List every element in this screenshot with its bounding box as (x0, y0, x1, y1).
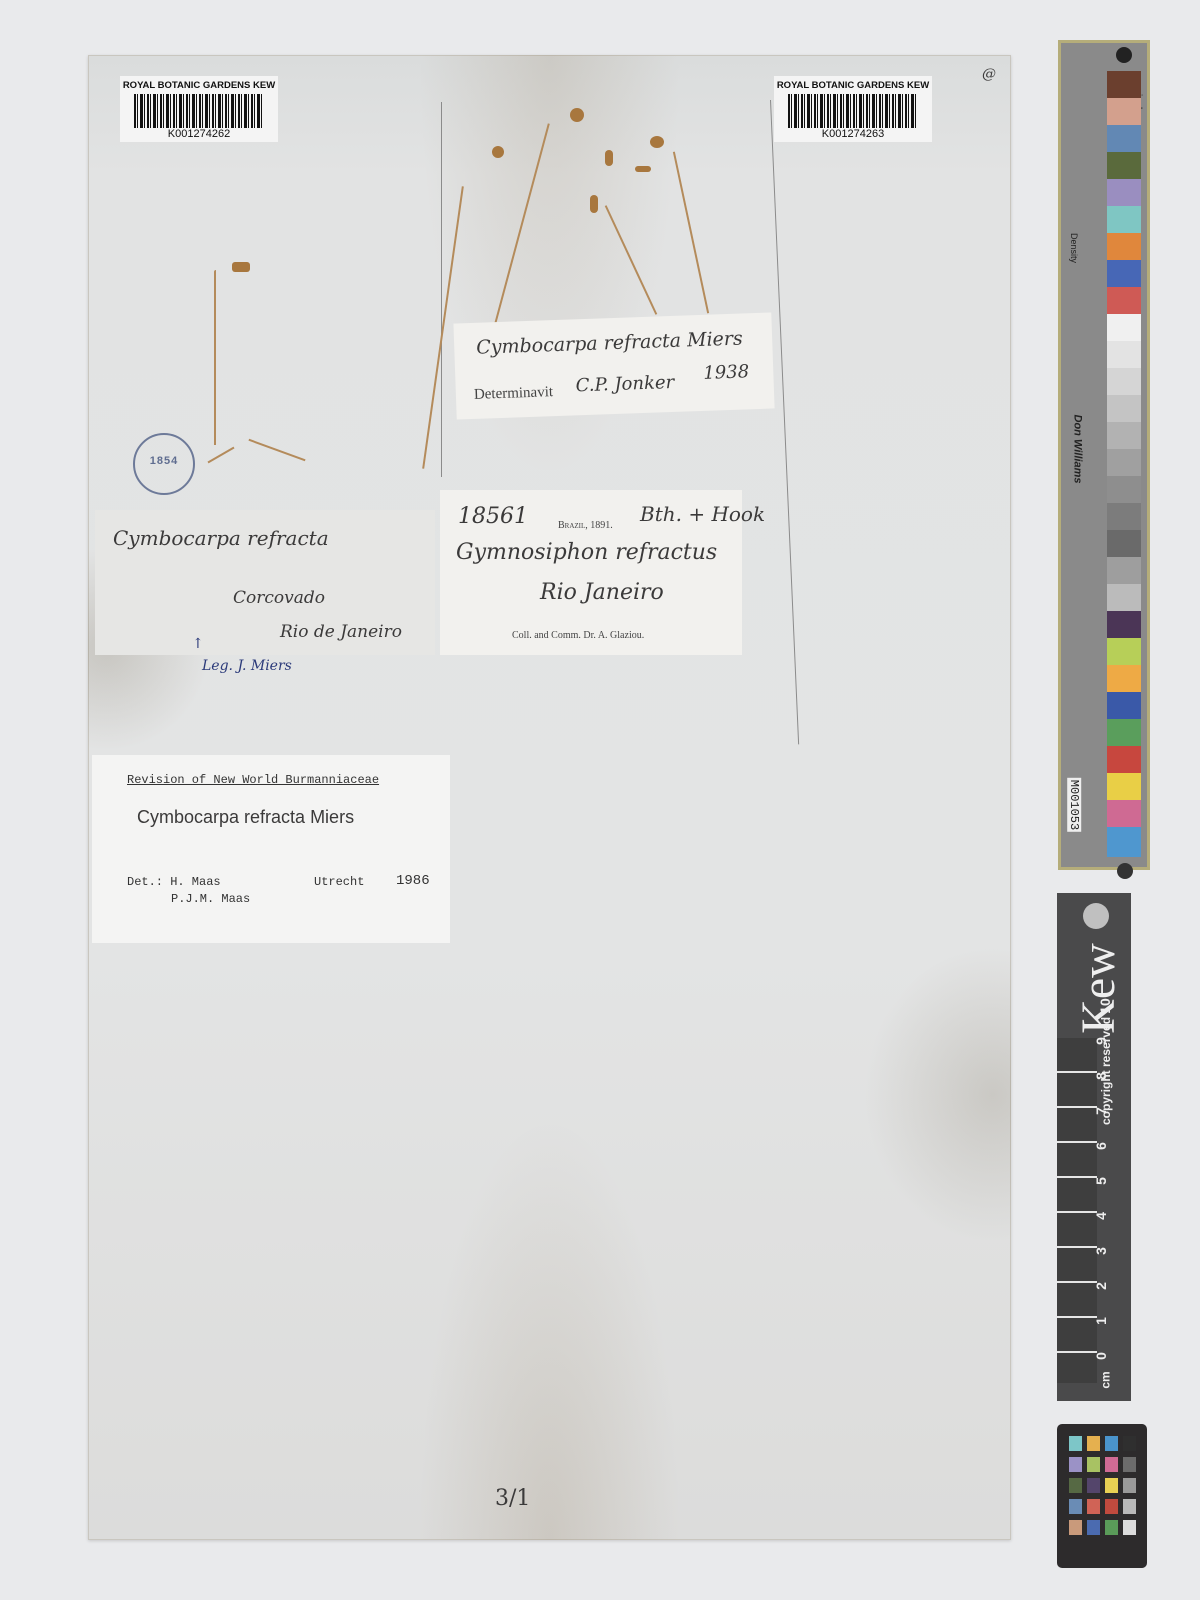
color-chip (1069, 1520, 1082, 1535)
arrow-up-icon: ↑ (192, 636, 204, 652)
ruler-tick-label: 0 (1093, 1352, 1109, 1360)
color-chip (1069, 1478, 1082, 1493)
color-swatch (1107, 125, 1141, 155)
collector-note: ↑ Leg. J. Miers (196, 658, 292, 674)
density-label: Density (1069, 233, 1079, 263)
color-swatch (1107, 341, 1141, 371)
ruler-tick-label: 3 (1093, 1247, 1109, 1255)
color-chip (1069, 1499, 1082, 1514)
color-chip (1123, 1478, 1136, 1493)
color-chip (1123, 1457, 1136, 1472)
color-chip (1087, 1499, 1100, 1514)
color-swatch (1107, 71, 1141, 101)
color-chip (1087, 1478, 1100, 1493)
determinavit-text: Determinavit (474, 384, 554, 404)
maker-label: Don Williams (1071, 415, 1083, 484)
original-locality-1: Corcovado (233, 588, 325, 608)
herbarium-stamp: 1854 (133, 433, 195, 495)
crest-icon (1083, 903, 1109, 929)
color-swatch (1107, 719, 1141, 749)
color-chip (1105, 1520, 1118, 1535)
revision-year: 1986 (396, 873, 430, 889)
unit-label: cm (1099, 1371, 1113, 1388)
barcode-institution: ROYAL BOTANIC GARDENS KEW (774, 80, 932, 91)
color-chip (1123, 1499, 1136, 1514)
ruler-tick-label: 7 (1093, 1107, 1109, 1115)
color-swatch (1107, 395, 1141, 425)
revision-det-line-2: P.J.M. Maas (171, 892, 250, 906)
color-swatch (1107, 638, 1141, 668)
collection-taxon-name: Gymnosiphon refractus (456, 540, 717, 565)
barcode-bars (788, 94, 918, 128)
color-swatch (1107, 287, 1141, 317)
color-swatch (1107, 206, 1141, 236)
color-swatch (1107, 233, 1141, 263)
sheet-number: 3/1 (495, 1486, 530, 1511)
ruler-tick-label: 5 (1093, 1177, 1109, 1185)
collection-locality: Rio Janeiro (540, 580, 664, 605)
color-chip (1087, 1520, 1100, 1535)
determination-year: 1938 (703, 361, 750, 384)
color-swatch (1107, 557, 1141, 587)
color-checker-card (1057, 1424, 1147, 1568)
barcode-label-1: ROYAL BOTANIC GARDENS KEW K001274262 (120, 76, 278, 142)
color-calibration-bar: inches centimeters Density Don Williams … (1058, 40, 1150, 870)
revision-place: Utrecht (314, 875, 364, 889)
ruler-tick-label: 10 (1097, 998, 1113, 1014)
collection-annotation: Bth. + Hook (640, 502, 765, 526)
color-chip (1123, 1436, 1136, 1451)
barcode-number: K001274263 (774, 128, 932, 140)
determiner-signature: C.P. Jonker (575, 372, 674, 396)
original-label: Cymbocarpa refracta Corcovado Rio de Jan… (95, 510, 435, 655)
color-swatch (1107, 530, 1141, 560)
determination-label: Cymbocarpa refracta Miers Determinavit C… (453, 312, 774, 419)
color-chip (1105, 1436, 1118, 1451)
ruler-tick-label: 1 (1093, 1317, 1109, 1325)
revision-title: Revision of New World Burmanniaceae (127, 773, 379, 787)
ruler-blocks (1057, 1038, 1097, 1383)
ruler-tick-label: 4 (1093, 1212, 1109, 1220)
color-swatch (1107, 503, 1141, 533)
color-swatch (1107, 98, 1141, 128)
color-chip (1123, 1520, 1136, 1535)
original-locality-2: Rio de Janeiro (280, 622, 402, 642)
color-swatch (1107, 179, 1141, 209)
color-swatch (1107, 584, 1141, 614)
revision-det-line-1: Det.: H. Maas (127, 875, 221, 889)
ruler-tick-label: 8 (1093, 1072, 1109, 1080)
color-chip (1069, 1457, 1082, 1472)
color-bar-id: M001053 (1067, 778, 1081, 832)
color-swatch (1107, 827, 1141, 857)
color-chip (1069, 1436, 1082, 1451)
collection-number: 18561 (458, 504, 528, 529)
collection-footer: Coll. and Comm. Dr. A. Glaziou. (512, 630, 644, 641)
color-swatch (1107, 422, 1141, 452)
barcode-label-2: ROYAL BOTANIC GARDENS KEW K001274263 (774, 76, 932, 142)
color-swatch (1107, 773, 1141, 803)
kew-scale-bar: Kew copyright reserved 012345678910 cm (1057, 893, 1131, 1401)
collection-label: 18561 Brazil, 1891. Bth. + Hook Gymnosip… (440, 490, 742, 655)
stamp-year: 1854 (135, 455, 193, 467)
color-swatch (1107, 746, 1141, 776)
color-chip (1105, 1457, 1118, 1472)
registration-dot (1116, 47, 1132, 63)
ruler-tick-label: 9 (1093, 1037, 1109, 1045)
barcode-institution: ROYAL BOTANIC GARDENS KEW (120, 80, 278, 91)
determination-name: Cymbocarpa refracta Miers (476, 328, 743, 359)
color-swatch (1107, 800, 1141, 830)
color-chip (1105, 1478, 1118, 1493)
color-swatch (1107, 449, 1141, 479)
collection-header: Brazil, 1891. (558, 520, 613, 531)
corner-mark: @ (982, 66, 996, 82)
revision-taxon-name: Cymbocarpa refracta Miers (137, 807, 354, 828)
color-chip (1087, 1457, 1100, 1472)
color-swatch (1107, 611, 1141, 641)
color-chip (1105, 1499, 1118, 1514)
color-swatch (1107, 260, 1141, 290)
color-swatch (1107, 476, 1141, 506)
original-taxon-name: Cymbocarpa refracta (113, 526, 329, 550)
color-swatch (1107, 692, 1141, 722)
color-swatch (1107, 665, 1141, 695)
revision-label: Revision of New World Burmanniaceae Cymb… (92, 755, 450, 943)
registration-dot (1117, 863, 1133, 879)
ruler-tick-label: 6 (1093, 1142, 1109, 1150)
color-chip (1087, 1436, 1100, 1451)
barcode-bars (134, 94, 264, 128)
color-swatch (1107, 314, 1141, 344)
color-swatch (1107, 368, 1141, 398)
barcode-number: K001274262 (120, 128, 278, 140)
pencil-line (441, 102, 442, 477)
color-swatch (1107, 152, 1141, 182)
ruler-tick-label: 2 (1093, 1282, 1109, 1290)
